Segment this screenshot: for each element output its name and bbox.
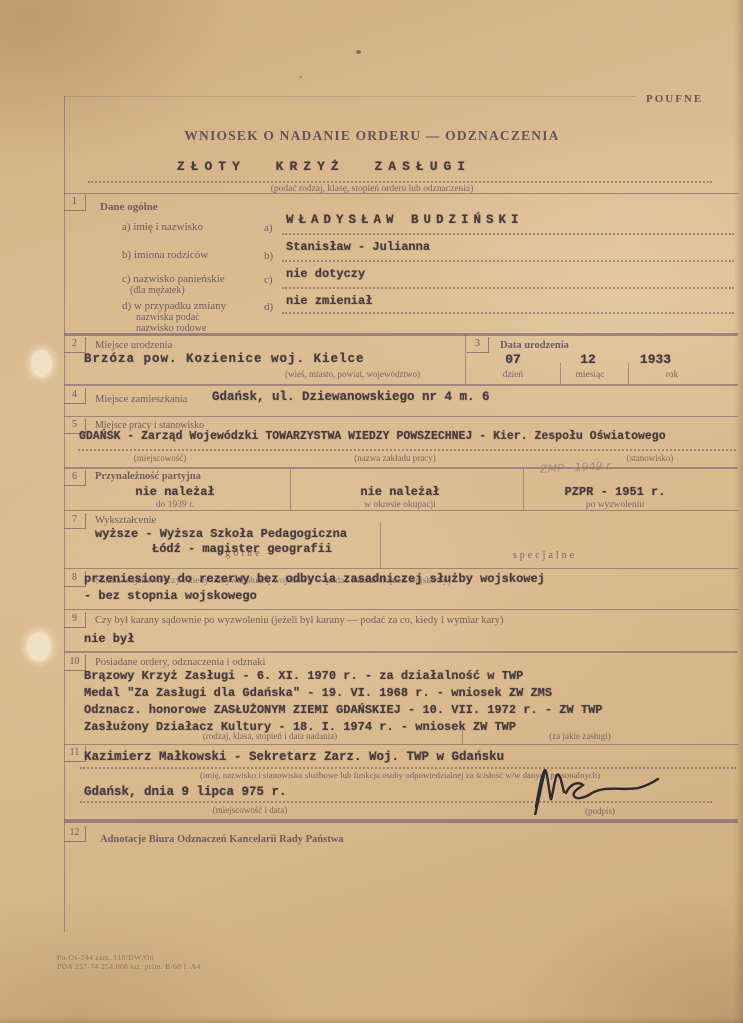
form-title: WNIOSEK O NADANIE ORDERU — ODZNACZENIA bbox=[104, 128, 640, 144]
penalty-value: nie był bbox=[84, 632, 134, 646]
party-postwar-value: PZPR - 1951 r. bbox=[545, 485, 685, 499]
party-before1939-caption: do 1939 r. bbox=[100, 500, 250, 510]
education-line2: Łódź - magister geografii bbox=[152, 542, 332, 556]
section-rule bbox=[64, 384, 738, 386]
decoration-fill-line bbox=[88, 181, 712, 183]
section-rule bbox=[64, 651, 738, 653]
section-1-label: Dane ogólne bbox=[100, 201, 158, 213]
responsible-person-value: Kazimierz Małkowski - Sekretarz Zarz. Wo… bbox=[84, 750, 504, 764]
birthplace-value: Brzóza pow. Kozienice woj. Kielce bbox=[84, 352, 365, 366]
section-rule bbox=[64, 193, 738, 194]
section-3-number: 3 bbox=[467, 337, 489, 353]
workplace-caption-town: (miejscowość) bbox=[95, 453, 225, 463]
field-maiden-label: c) nazwisko panieńskie bbox=[122, 273, 225, 285]
section-2-3-divider bbox=[465, 334, 466, 384]
field-maiden-prefix: c) bbox=[264, 274, 273, 286]
section-7-number: 7 bbox=[64, 513, 86, 529]
top-rule bbox=[64, 96, 636, 97]
print-code-line1: Pu-Oś-244 zam. 118/DW/On bbox=[57, 953, 154, 962]
party-column-divider bbox=[290, 469, 291, 511]
party-postwar-caption: po wyzwoleniu bbox=[545, 500, 685, 510]
field-maiden-sublabel: (dla mężatek) bbox=[130, 285, 185, 296]
date-cell-divider bbox=[628, 363, 629, 384]
field-family-name-sublabel2: nazwiska podać bbox=[136, 312, 200, 323]
section-10-label: Posiadane ordery, odznaczenia i odznaki bbox=[95, 657, 265, 668]
section-8-number: 8 bbox=[64, 571, 86, 587]
place-date-value: Gdańsk, dnia 9 lipca 975 r. bbox=[84, 785, 287, 799]
section-1-number: 1 bbox=[64, 195, 86, 211]
fill-line bbox=[282, 233, 734, 235]
education-special-caption: specjalne bbox=[470, 550, 620, 561]
residence-value: Gdańsk, ul. Dziewanowskiego nr 4 m. 6 bbox=[212, 390, 490, 404]
birth-year-caption: rok bbox=[637, 370, 707, 380]
field-name-prefix: a) bbox=[264, 222, 273, 234]
workplace-caption-employer: (nazwa zakładu pracy) bbox=[310, 453, 480, 463]
decorations-caption-left: (rodzaj, klasa, stopień i data nadania) bbox=[130, 731, 410, 741]
fill-line bbox=[282, 312, 734, 314]
section-9-number: 9 bbox=[64, 612, 86, 628]
paper-speck bbox=[299, 76, 302, 78]
decoration-line3: Odznacz. honorowe ZASŁUŻONYM ZIEMI GDAŃS… bbox=[84, 703, 602, 717]
section-rule bbox=[64, 568, 738, 569]
field-name-value: WŁADYSŁAW BUDZIŃSKI bbox=[286, 213, 524, 227]
hole-punch-bottom bbox=[27, 632, 51, 661]
page-edge-shadow-bottom bbox=[0, 1016, 743, 1023]
section-7-label: Wykształcenie bbox=[95, 515, 156, 526]
section-2-label: Miejsce urodzenia bbox=[95, 340, 172, 351]
field-maiden-value: nie dotyczy bbox=[286, 267, 365, 281]
hole-punch-top bbox=[31, 350, 52, 377]
place-date-caption: (miejscowość i data) bbox=[150, 805, 350, 815]
section-3-label: Data urodzenia bbox=[500, 340, 569, 351]
field-family-name-label: d) w przypadku zmiany bbox=[122, 300, 226, 312]
section-rule-thick bbox=[64, 819, 738, 823]
party-occupation-caption: w okresie okupacji bbox=[320, 500, 480, 510]
party-column-divider bbox=[523, 469, 524, 511]
section-9-label: Czy był karany sądownie po wyzwoleniu (j… bbox=[95, 615, 504, 626]
section-2-number: 2 bbox=[64, 337, 86, 353]
section-4-label: Miejsce zamieszkania bbox=[95, 394, 187, 405]
decoration-line1: Brązowy Krzyż Zasługi - 6. XI. 1970 r. -… bbox=[84, 669, 523, 683]
decoration-name: ZŁOTY KRZYŻ ZASŁUGI bbox=[104, 159, 544, 174]
paper-speck bbox=[356, 50, 361, 54]
print-code-line2: PDA 257-74 254.008 szt. piśm. B/60 f. A4 bbox=[57, 962, 201, 971]
decorations-caption-right: (za jakie zasługi) bbox=[500, 731, 660, 741]
scanned-form-page: POUFNE WNIOSEK O NADANIE ORDERU — ODZNAC… bbox=[0, 0, 743, 1023]
section-rule bbox=[64, 510, 738, 511]
military-line1: przeniesiony do rezerwy bez odbycia zasa… bbox=[84, 572, 545, 586]
fill-line bbox=[282, 260, 734, 262]
section-rule bbox=[64, 609, 738, 610]
decoration-line2: Medal "Za Zasługi dla Gdańska" - 19. VI.… bbox=[84, 686, 552, 700]
section-10-number: 10 bbox=[64, 655, 86, 671]
page-edge-shadow-right bbox=[734, 0, 743, 1023]
fill-line bbox=[78, 449, 736, 451]
section-11-number: 11 bbox=[64, 746, 86, 762]
section-4-number: 4 bbox=[64, 388, 86, 404]
birth-year-value: 1933 bbox=[618, 352, 693, 367]
section-12-number: 12 bbox=[64, 826, 86, 842]
signature-caption: (podpis) bbox=[540, 806, 660, 816]
workplace-value: GDAŃSK - Zarząd Wojewódzki TOWARZYSTWA W… bbox=[79, 430, 666, 443]
field-family-name-prefix: d) bbox=[264, 301, 273, 313]
fill-line bbox=[80, 801, 712, 803]
section-rule bbox=[64, 744, 738, 745]
education-line1: wyższe - Wyższa Szkoła Pedagogiczna bbox=[95, 527, 347, 541]
military-line2: - bez stopnia wojskowego bbox=[84, 589, 257, 603]
birth-day-caption: dzień bbox=[478, 370, 548, 380]
party-before1939-value: nie należał bbox=[100, 485, 250, 499]
section-rule bbox=[64, 467, 738, 469]
field-parents-prefix: b) bbox=[264, 250, 273, 262]
field-parents-label: b) imiona rodziców bbox=[122, 249, 208, 261]
field-family-name-value: nie zmieniał bbox=[286, 294, 372, 308]
education-column-divider bbox=[380, 522, 381, 569]
section-12-label: Adnotacje Biura Odznaczeń Kancelarii Rad… bbox=[100, 834, 344, 845]
section-6-number: 6 bbox=[64, 470, 86, 486]
section-rule bbox=[64, 416, 738, 417]
birth-day-value: 07 bbox=[478, 352, 548, 367]
party-handwritten-note: ZMP - 1949 r. bbox=[540, 459, 614, 476]
classification-stamp: POUFNE bbox=[646, 93, 703, 105]
fill-line bbox=[282, 287, 734, 289]
section-rule-thick bbox=[64, 333, 738, 336]
birthplace-caption: (wieś, miasto, powiat, województwo) bbox=[240, 369, 465, 379]
birth-month-value: 12 bbox=[553, 352, 623, 367]
decorations-caption-divider bbox=[462, 726, 463, 744]
birth-month-caption: miesiąc bbox=[555, 370, 625, 380]
section-6-label: Przynależność partyjna bbox=[95, 471, 201, 482]
field-name-label: a) imię i nazwisko bbox=[122, 221, 203, 233]
party-occupation-value: nie należał bbox=[320, 485, 480, 499]
field-parents-value: Stanisław - Julianna bbox=[286, 240, 430, 254]
